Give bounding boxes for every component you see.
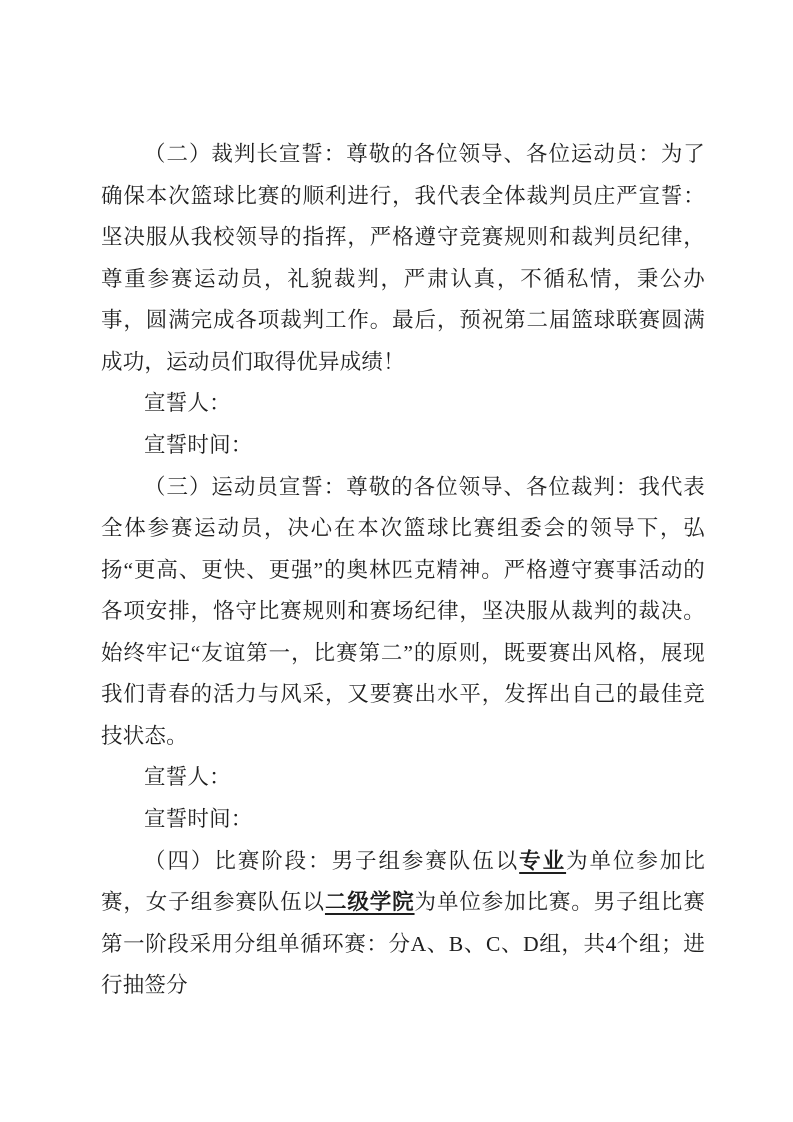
paragraph-text: 宣誓时间：: [144, 807, 253, 831]
paragraph-text: （四）比赛阶段：男子组参赛队伍以: [144, 849, 519, 873]
paragraph-text: 宣誓人：: [144, 765, 231, 789]
paragraph-text: 宣誓人：: [144, 391, 231, 415]
paragraph-oath-taker-1: 宣誓人：: [101, 383, 705, 425]
paragraph-athlete-oath: （三）运动员宣誓：尊敬的各位领导、各位裁判：我代表全体参赛运动员，决心在本次篮球…: [101, 467, 705, 758]
document-page: （二）裁判长宣誓：尊敬的各位领导、各位运动员：为了确保本次篮球比赛的顺利进行，我…: [0, 0, 793, 1122]
paragraph-text: 宣誓时间：: [144, 433, 253, 457]
paragraph-text: （三）运动员宣誓：尊敬的各位领导、各位裁判：我代表全体参赛运动员，决心在本次篮球…: [101, 475, 705, 748]
paragraph-referee-chief-oath: （二）裁判长宣誓：尊敬的各位领导、各位运动员：为了确保本次篮球比赛的顺利进行，我…: [101, 134, 705, 383]
document-body: （二）裁判长宣誓：尊敬的各位领导、各位运动员：为了确保本次篮球比赛的顺利进行，我…: [101, 134, 705, 1007]
paragraph-oath-time-2: 宣誓时间：: [101, 799, 705, 841]
paragraph-oath-time-1: 宣誓时间：: [101, 425, 705, 467]
paragraph-oath-taker-2: 宣誓人：: [101, 757, 705, 799]
underlined-term-secondary-college: 二级学院: [325, 890, 415, 914]
underlined-term-major: 专业: [519, 849, 566, 873]
paragraph-text: （二）裁判长宣誓：尊敬的各位领导、各位运动员：为了确保本次篮球比赛的顺利进行，我…: [101, 142, 705, 374]
paragraph-competition-stage: （四）比赛阶段：男子组参赛队伍以专业为单位参加比赛，女子组参赛队伍以二级学院为单…: [101, 841, 705, 1007]
